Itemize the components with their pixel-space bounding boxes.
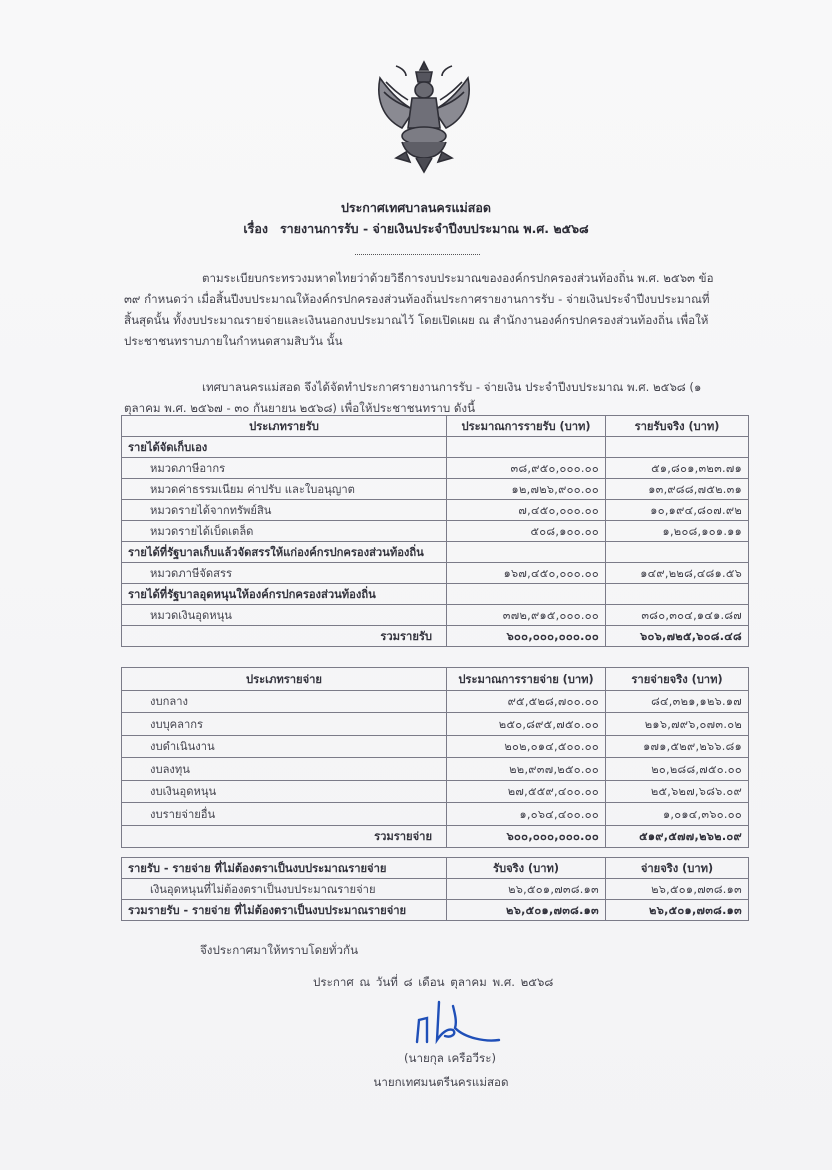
- table-row: งบดำเนินงาน ๒๐๒,๐๑๔,๕๐๐.๐๐ ๑๗๑,๕๒๙,๒๖๖.๘…: [122, 735, 749, 758]
- total-estimate: ๖๐๐,๐๐๐,๐๐๐.๐๐: [447, 825, 606, 848]
- estimate-value: ๙๕,๕๒๘,๗๐๐.๐๐: [447, 690, 606, 713]
- column-header: จ่ายจริง (บาท): [606, 858, 749, 879]
- report-intro-paragraph: เทศบาลนครแม่สอด จึงได้จัดทำประกาศรายงานก…: [124, 377, 724, 419]
- subject-label: เรื่อง: [243, 221, 268, 236]
- table-row: เงินอุดหนุนที่ไม่ต้องตราเป็นงบประมาณรายจ…: [122, 879, 749, 900]
- total-row: รวมรายรับ ๖๐๐,๐๐๐,๐๐๐.๐๐ ๖๐๖,๗๒๕,๖๐๘.๔๘: [122, 626, 749, 647]
- actual-value: ๑๗๑,๕๒๙,๒๖๖.๘๑: [606, 735, 749, 758]
- column-header: รายจ่ายจริง (บาท): [606, 668, 749, 691]
- table-row: หมวดภาษีจัดสรร ๑๖๗,๔๕๐,๐๐๐.๐๐ ๑๔๙,๒๒๘,๔๘…: [122, 563, 749, 584]
- row-label: งบดำเนินงาน: [122, 735, 447, 758]
- actual-value: ๒๑๖,๗๙๖,๐๗๓.๐๒: [606, 713, 749, 736]
- row-label: งบเงินอุดหนุน: [122, 780, 447, 803]
- category-label: รายได้ที่รัฐบาลเก็บแล้วจัดสรรให้แก่องค์ก…: [122, 542, 447, 563]
- row-label: งบกลาง: [122, 690, 447, 713]
- table-row: งบลงทุน ๒๒,๙๓๗,๒๕๐.๐๐ ๒๐,๒๘๘,๗๕๐.๐๐: [122, 758, 749, 781]
- actual-value: ๑,๒๐๘,๑๐๑.๑๑: [606, 521, 749, 542]
- row-label: หมวดเงินอุดหนุน: [122, 605, 447, 626]
- announcement-title: ประกาศเทศบาลนครแม่สอด: [0, 198, 832, 218]
- row-label: เงินอุดหนุนที่ไม่ต้องตราเป็นงบประมาณรายจ…: [122, 879, 447, 900]
- estimate-value: ๒๒,๙๓๗,๒๕๐.๐๐: [447, 758, 606, 781]
- total-paid: ๒๖,๕๐๑,๗๓๘.๑๓: [606, 900, 749, 921]
- row-label: หมวดรายได้เบ็ดเตล็ด: [122, 521, 447, 542]
- category-label: รายได้ที่รัฐบาลอุดหนุนให้องค์กรปกครองส่ว…: [122, 584, 447, 605]
- table-row: หมวดค่าธรรมเนียม ค่าปรับ และใบอนุญาต ๑๒,…: [122, 479, 749, 500]
- category-row: รายได้ที่รัฐบาลเก็บแล้วจัดสรรให้แก่องค์ก…: [122, 542, 749, 563]
- table-row: หมวดรายได้จากทรัพย์สิน ๗,๔๕๐,๐๐๐.๐๐ ๑๐,๑…: [122, 500, 749, 521]
- table-header-row: ประเภทรายรับ ประมาณการรายรับ (บาท) รายรั…: [122, 416, 749, 437]
- revenue-table: ประเภทรายรับ ประมาณการรายรับ (บาท) รายรั…: [121, 415, 749, 647]
- estimate-value: ๒๗,๕๕๙,๔๐๐.๐๐: [447, 780, 606, 803]
- table-row: หมวดภาษีอากร ๓๘,๙๕๐,๐๐๐.๐๐ ๕๑,๘๐๑,๓๒๓.๗๑: [122, 458, 749, 479]
- dotted-divider: [355, 250, 480, 255]
- paid-value: ๒๖,๕๐๑,๗๓๘.๑๓: [606, 879, 749, 900]
- total-estimate: ๖๐๐,๐๐๐,๐๐๐.๐๐: [447, 626, 606, 647]
- estimate-value: ๑๒,๗๒๖,๙๐๐.๐๐: [447, 479, 606, 500]
- actual-value: ๒๕,๖๒๗,๖๘๖.๐๙: [606, 780, 749, 803]
- row-label: หมวดภาษีจัดสรร: [122, 563, 447, 584]
- actual-value: ๑,๐๑๔,๓๖๐.๐๐: [606, 803, 749, 826]
- row-label: งบรายจ่ายอื่น: [122, 803, 447, 826]
- estimate-value: ๓๘,๙๕๐,๐๐๐.๐๐: [447, 458, 606, 479]
- actual-value: ๑๐,๑๙๔,๘๐๗.๙๒: [606, 500, 749, 521]
- estimate-value: ๑,๐๖๔,๔๐๐.๐๐: [447, 803, 606, 826]
- actual-value: ๑๔๙,๒๒๘,๔๘๑.๕๖: [606, 563, 749, 584]
- row-label: งบลงทุน: [122, 758, 447, 781]
- signer-name: (นายกุล เครือวีระ): [0, 1050, 832, 1068]
- table-row: งบบุคลากร ๒๕๐,๘๙๕,๗๕๐.๐๐ ๒๑๖,๗๙๖,๐๗๓.๐๒: [122, 713, 749, 736]
- category-row: รายได้ที่รัฐบาลอุดหนุนให้องค์กรปกครองส่ว…: [122, 584, 749, 605]
- table-row: งบรายจ่ายอื่น ๑,๐๖๔,๔๐๐.๐๐ ๑,๐๑๔,๓๖๐.๐๐: [122, 803, 749, 826]
- document-page: ประกาศเทศบาลนครแม่สอด เรื่องรายงานการรับ…: [0, 0, 832, 1170]
- announcement-date: ประกาศ ณ วันที่ ๘ เดือน ตุลาคม พ.ศ. ๒๕๖๘: [313, 974, 553, 992]
- total-actual: ๖๐๖,๗๒๕,๖๐๘.๔๘: [606, 626, 749, 647]
- handwritten-signature-icon: [395, 1000, 505, 1050]
- total-received: ๒๖,๕๐๑,๗๓๘.๑๓: [447, 900, 606, 921]
- garuda-emblem-icon: [372, 58, 476, 176]
- estimate-value: ๑๖๗,๔๕๐,๐๐๐.๐๐: [447, 563, 606, 584]
- estimate-value: ๒๐๒,๐๑๔,๕๐๐.๐๐: [447, 735, 606, 758]
- received-value: ๒๖,๕๐๑,๗๓๘.๑๓: [447, 879, 606, 900]
- column-header: รายรับจริง (บาท): [606, 416, 749, 437]
- row-label: หมวดรายได้จากทรัพย์สิน: [122, 500, 447, 521]
- non-budget-table: รายรับ - รายจ่าย ที่ไม่ต้องตราเป็นงบประม…: [121, 857, 749, 921]
- row-label: งบบุคลากร: [122, 713, 447, 736]
- row-label: หมวดภาษีอากร: [122, 458, 447, 479]
- actual-value: ๘๔,๓๒๑,๑๒๖.๑๗: [606, 690, 749, 713]
- total-label: รวมรายจ่าย: [122, 825, 447, 848]
- actual-value: ๕๑,๘๐๑,๓๒๓.๗๑: [606, 458, 749, 479]
- table-row: งบเงินอุดหนุน ๒๗,๕๕๙,๔๐๐.๐๐ ๒๕,๖๒๗,๖๘๖.๐…: [122, 780, 749, 803]
- total-row: รวมรายรับ - รายจ่าย ที่ไม่ต้องตราเป็นงบป…: [122, 900, 749, 921]
- announcement-subject: เรื่องรายงานการรับ - จ่ายเงินประจำปีงบปร…: [0, 219, 832, 239]
- table-header-row: รายรับ - รายจ่าย ที่ไม่ต้องตราเป็นงบประม…: [122, 858, 749, 879]
- actual-value: ๑๓,๙๘๘,๗๕๒.๓๑: [606, 479, 749, 500]
- table-header-row: ประเภทรายจ่าย ประมาณการรายจ่าย (บาท) ราย…: [122, 668, 749, 691]
- total-row: รวมรายจ่าย ๖๐๐,๐๐๐,๐๐๐.๐๐ ๕๑๙,๕๗๗,๒๖๒.๐๙: [122, 825, 749, 848]
- category-label: รายได้จัดเก็บเอง: [122, 437, 447, 458]
- signer-position: นายกเทศมนตรีนครแม่สอด: [0, 1074, 832, 1092]
- actual-value: ๒๐,๒๘๘,๗๕๐.๐๐: [606, 758, 749, 781]
- total-label: รวมรายรับ: [122, 626, 447, 647]
- category-row: รายได้จัดเก็บเอง: [122, 437, 749, 458]
- table-row: หมวดเงินอุดหนุน ๓๗๒,๙๑๕,๐๐๐.๐๐ ๓๘๐,๓๐๔,๑…: [122, 605, 749, 626]
- estimate-value: ๕๐๘,๑๐๐.๐๐: [447, 521, 606, 542]
- table-row: หมวดรายได้เบ็ดเตล็ด ๕๐๘,๑๐๐.๐๐ ๑,๒๐๘,๑๐๑…: [122, 521, 749, 542]
- total-actual: ๕๑๙,๕๗๗,๒๖๒.๐๙: [606, 825, 749, 848]
- closing-statement: จึงประกาศมาให้ทราบโดยทั่วกัน: [200, 942, 358, 960]
- column-header: ประเภทรายรับ: [122, 416, 447, 437]
- actual-value: ๓๘๐,๓๐๔,๑๔๑.๘๗: [606, 605, 749, 626]
- table-row: งบกลาง ๙๕,๕๒๘,๗๐๐.๐๐ ๘๔,๓๒๑,๑๒๖.๑๗: [122, 690, 749, 713]
- estimate-value: ๒๕๐,๘๙๕,๗๕๐.๐๐: [447, 713, 606, 736]
- column-header: รายรับ - รายจ่าย ที่ไม่ต้องตราเป็นงบประม…: [122, 858, 447, 879]
- subject-text: รายงานการรับ - จ่ายเงินประจำปีงบประมาณ พ…: [280, 221, 589, 236]
- column-header: ประมาณการรายรับ (บาท): [447, 416, 606, 437]
- row-label: หมวดค่าธรรมเนียม ค่าปรับ และใบอนุญาต: [122, 479, 447, 500]
- legal-basis-paragraph: ตามระเบียบกระทรวงมหาดไทยว่าด้วยวิธีการงบ…: [124, 268, 724, 352]
- expense-table: ประเภทรายจ่าย ประมาณการรายจ่าย (บาท) ราย…: [121, 667, 749, 848]
- total-label: รวมรายรับ - รายจ่าย ที่ไม่ต้องตราเป็นงบป…: [122, 900, 447, 921]
- column-header: ประมาณการรายจ่าย (บาท): [447, 668, 606, 691]
- column-header: ประเภทรายจ่าย: [122, 668, 447, 691]
- column-header: รับจริง (บาท): [447, 858, 606, 879]
- estimate-value: ๓๗๒,๙๑๕,๐๐๐.๐๐: [447, 605, 606, 626]
- estimate-value: ๗,๔๕๐,๐๐๐.๐๐: [447, 500, 606, 521]
